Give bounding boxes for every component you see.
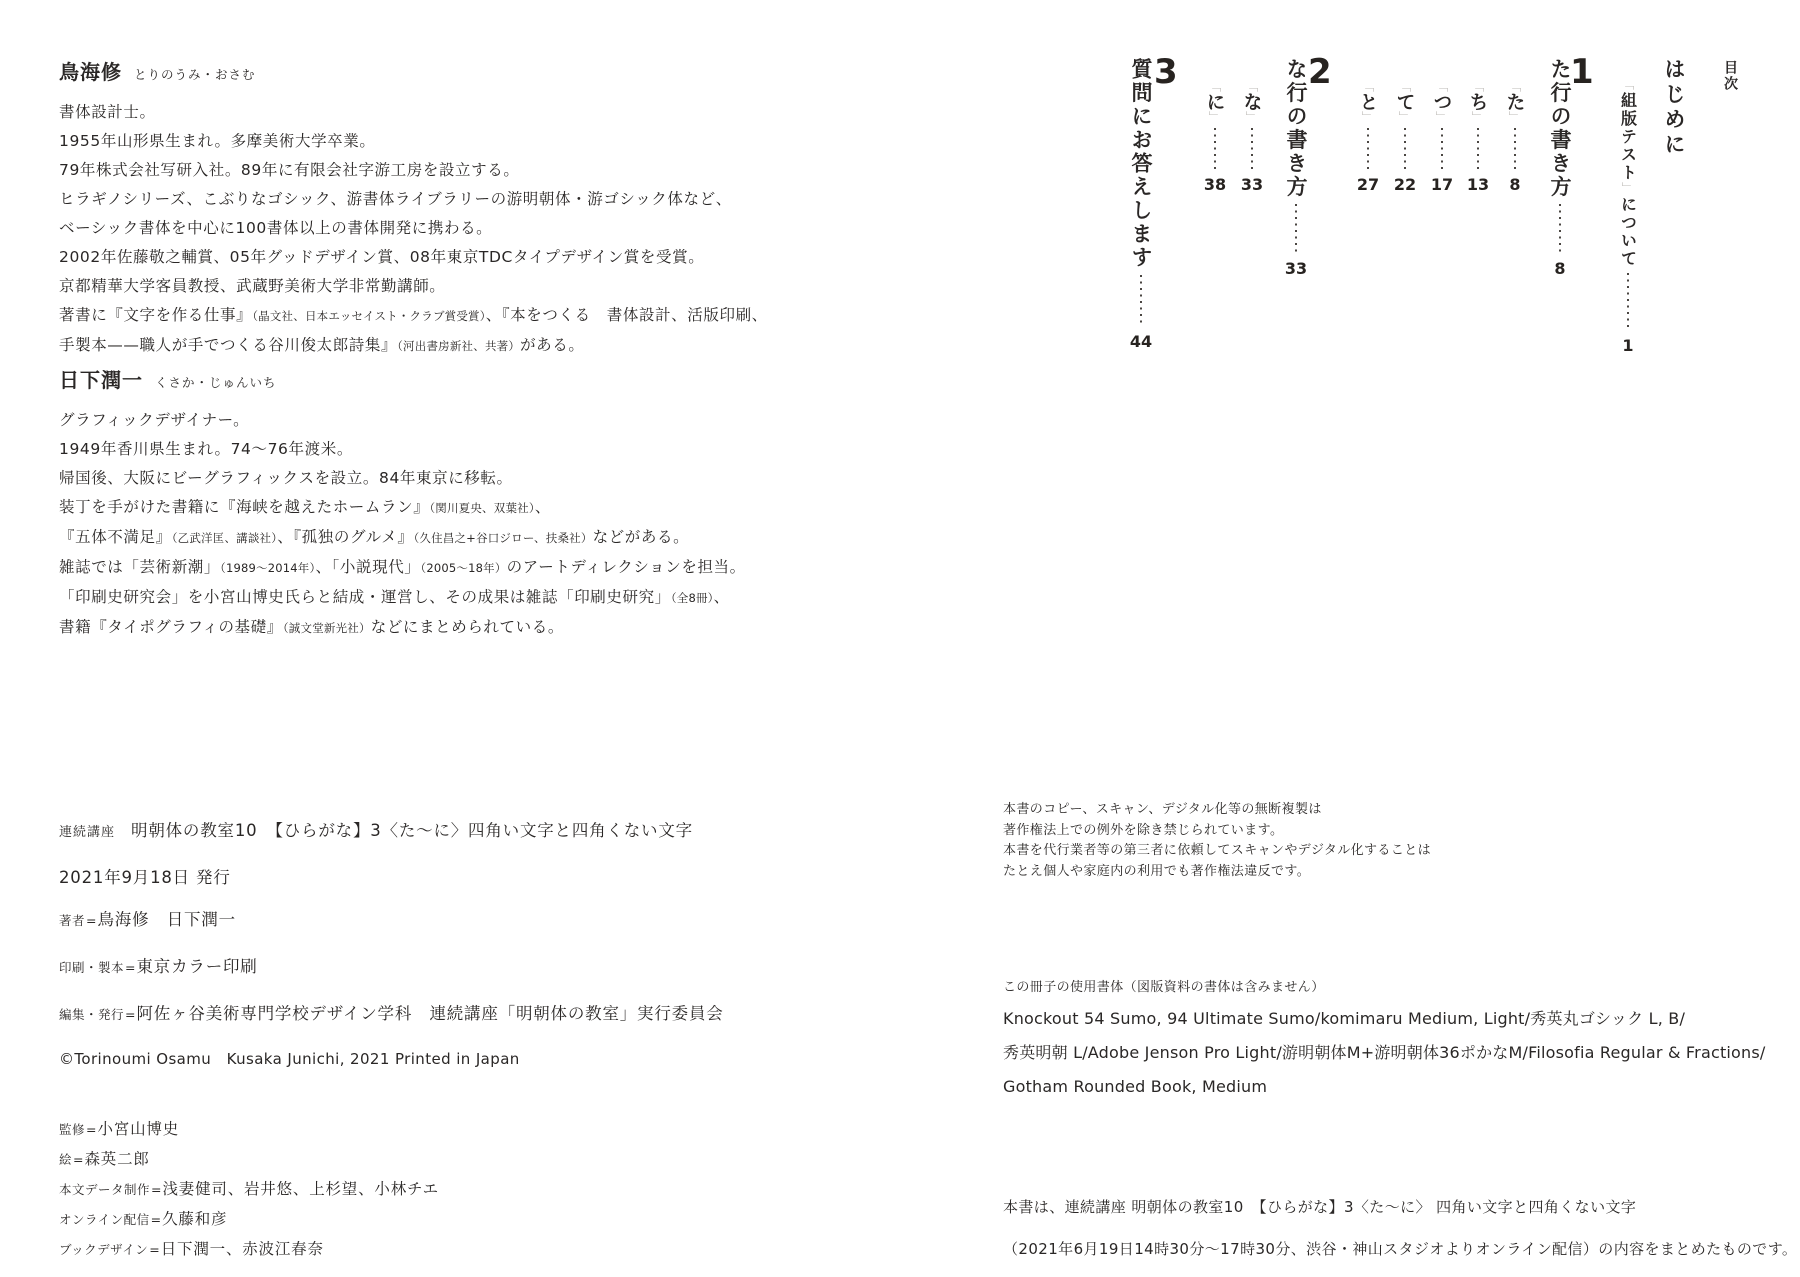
credit-label: 著者: [59, 913, 85, 928]
page-number: 13: [1467, 175, 1489, 194]
credit-value: 阿佐ヶ谷美術専門学校デザイン学科 連続講座「明朝体の教室」実行委員会: [137, 1004, 724, 1023]
credit-row: 監修=小宮山博史: [59, 1114, 439, 1144]
text-segment: （関川夏央、双葉社）: [429, 501, 535, 515]
credit-row: 印刷・製本=東京カラー印刷: [59, 955, 724, 980]
page-number: 22: [1394, 175, 1416, 194]
text-segment: 79年株式会社写研入社。89年に有限会社字游工房を設立する。: [59, 161, 519, 179]
quote-open: 「: [1361, 80, 1375, 92]
text-line: 「印刷史研究会」を小宮山博史氏らと結成・運営し、その成果は雑誌「印刷史研究」（全…: [59, 583, 746, 613]
credit-value: 森英二郎: [85, 1150, 150, 1168]
text-segment: がある。: [520, 336, 584, 354]
page-number: 8: [1554, 259, 1565, 278]
credit-separator: =: [86, 913, 96, 928]
credit-row: オンライン配信=久藤和彦: [59, 1204, 439, 1234]
text-segment: のアートディレクションを担当。: [507, 558, 746, 576]
bio-kusaka: 日下潤一くさか・じゅんいち グラフィックデザイナー。1949年香川県生まれ。74…: [59, 364, 746, 643]
text-segment: （久住昌之+谷口ジロー、扶桑社）: [413, 531, 592, 545]
copyright-line: ©Torinoumi Osamu Kusaka Junichi, 2021 Pr…: [59, 1048, 520, 1069]
book-title: 明朝体の教室10 【ひらがな】3〈た〜に〉四角い文字と四角くない文字: [131, 821, 693, 840]
dotted-leader: [1627, 273, 1629, 331]
text-segment: 書籍『タイポグラフィの基礎』: [59, 618, 283, 636]
text-segment: ベーシック書体を中心に100書体以上の書体開発に携わる。: [59, 219, 492, 237]
kana-entry: 「た」: [1502, 80, 1529, 123]
text-segment: 装丁を手がけた書籍に『海峡を越えたホームラン』: [59, 498, 429, 516]
text-segment: 著書に『文字を作る仕事』: [59, 306, 252, 324]
kana: な: [1241, 92, 1263, 111]
text-line: 著作権法上での例外を除き禁じられています。: [1003, 821, 1431, 842]
quote-open: 「: [1435, 80, 1449, 92]
toc-section-2: な行の書き方 33: [1274, 58, 1318, 278]
toc-item-ta: 「た」 8: [1497, 80, 1533, 194]
text-line: 『五体不満足』（乙武洋匡、講談社）、『孤独のグルメ』（久住昌之+谷口ジロー、扶桑…: [59, 523, 746, 553]
text-segment: 『五体不満足』: [59, 528, 172, 546]
toc-item-te: 「て」 22: [1387, 80, 1423, 194]
author-name-reading: とりのうみ・おさむ: [134, 67, 256, 82]
bio-text: グラフィックデザイナー。1949年香川県生まれ。74〜76年渡米。帰国後、大阪に…: [59, 406, 746, 643]
quote-close: 」: [1508, 111, 1522, 123]
text-segment: 帰国後、大阪にビーグラフィックスを設立。84年東京に移転。: [59, 469, 513, 487]
text-line: たとえ個人や家庭内の利用でも著作権法違反です。: [1003, 862, 1431, 883]
kana-entry: 「ち」: [1465, 80, 1492, 123]
text-segment: 、『本をつくる 書体設計、活版印刷、: [486, 306, 768, 324]
credit-separator: =: [151, 1182, 161, 1197]
dotted-leader: [1295, 204, 1297, 254]
page-number: 33: [1241, 175, 1263, 194]
credit-separator: =: [73, 1152, 83, 1167]
quote-close: 」: [1208, 111, 1222, 123]
page-number: 33: [1285, 259, 1307, 278]
toc-intro-rest: について: [1619, 196, 1638, 268]
credits-secondary: 監修=小宮山博史絵=森英二郎本文データ制作=浅妻健司、岩井悠、上杉望、小林チエオ…: [59, 1114, 439, 1264]
text-line: グラフィックデザイナー。: [59, 406, 746, 435]
author-name: 鳥海修: [59, 60, 122, 84]
kana: と: [1357, 92, 1379, 111]
text-segment: 書体設計士。: [59, 103, 156, 121]
text-segment: などがある。: [593, 528, 690, 546]
fonts-used-heading: この冊子の使用書体（図版資料の書体は含みません）: [1003, 976, 1325, 995]
toc-item-ni: 「に」 38: [1197, 80, 1233, 194]
toc-item-chi: 「ち」 13: [1460, 80, 1496, 194]
kana: て: [1394, 92, 1416, 111]
text-line: 1949年香川県生まれ。74〜76年渡米。: [59, 435, 746, 464]
credit-label: 本文データ制作: [59, 1182, 150, 1197]
kana: た: [1504, 92, 1526, 111]
text-segment: 1949年香川県生まれ。74〜76年渡米。: [59, 440, 353, 458]
dotted-leader: [1251, 128, 1253, 170]
author-name: 日下潤一: [59, 368, 143, 392]
toc-heading: 目次: [1720, 60, 1740, 92]
credits-primary: 著者=鳥海修 日下潤一印刷・製本=東京カラー印刷編集・発行=阿佐ヶ谷美術専門学校…: [59, 908, 724, 1049]
text-line: Knockout 54 Sumo, 94 Ultimate Sumo/komim…: [1003, 1002, 1766, 1036]
kana-entry: 「な」: [1239, 80, 1266, 123]
text-segment: 手製本——職人が手でつくる谷川俊太郎詩集』: [59, 336, 397, 354]
text-segment: （2005〜18年）: [420, 561, 506, 575]
text-segment: 、: [714, 588, 730, 606]
credit-separator: =: [149, 1242, 159, 1257]
credit-value: 東京カラー印刷: [137, 957, 258, 976]
text-segment: 、『孤独のグルメ』: [277, 528, 413, 546]
text-segment: （河出書房新社、共著）: [397, 339, 520, 353]
quote-open: 「: [1621, 78, 1635, 92]
quote-close: 」: [1621, 182, 1635, 196]
text-segment: グラフィックデザイナー。: [59, 411, 249, 429]
series-label: 連続講座: [59, 825, 115, 840]
toc-intro-entry: 「組版テスト」について 1: [1606, 78, 1650, 355]
text-line: 秀英明朝 L/Adobe Jenson Pro Light/游明朝体M+游明朝体…: [1003, 1036, 1766, 1070]
credit-row: 本文データ制作=浅妻健司、岩井悠、上杉望、小林チエ: [59, 1174, 439, 1204]
toc-intro-subtitle: 「組版テスト」について: [1617, 78, 1640, 268]
page-number: 44: [1130, 332, 1152, 351]
credit-label: ブックデザイン: [59, 1242, 148, 1257]
page-number: 1: [1622, 336, 1633, 355]
bio-title: 日下潤一くさか・じゅんいち: [59, 364, 746, 393]
text-line: ベーシック書体を中心に100書体以上の書体開発に携わる。: [59, 214, 768, 243]
dotted-leader: [1441, 128, 1443, 170]
credit-label: オンライン配信: [59, 1212, 150, 1227]
page-number: 38: [1204, 175, 1226, 194]
credit-value: 浅妻健司、岩井悠、上杉望、小林チエ: [163, 1180, 439, 1198]
quote-open: 「: [1245, 80, 1259, 92]
quote-open: 「: [1208, 80, 1222, 92]
toc-item-to: 「と」 27: [1350, 80, 1386, 194]
text-segment: などにまとめられている。: [371, 618, 564, 636]
kana: ち: [1467, 92, 1489, 111]
quote-close: 」: [1361, 111, 1375, 123]
dotted-leader: [1559, 204, 1561, 254]
credit-row: 絵=森英二郎: [59, 1144, 439, 1174]
quote-close: 」: [1435, 111, 1449, 123]
credit-value: 日下潤一、赤波江春奈: [161, 1240, 324, 1258]
toc-intro-label: はじめに: [1659, 58, 1689, 158]
quote-open: 「: [1398, 80, 1412, 92]
text-line: 本書のコピー、スキャン、デジタル化等の無断複製は: [1003, 800, 1431, 821]
quote-close: 」: [1245, 111, 1259, 123]
quote-open: 「: [1508, 80, 1522, 92]
credit-value: 久藤和彦: [162, 1210, 227, 1228]
credit-separator: =: [151, 1212, 161, 1227]
bio-text: 書体設計士。1955年山形県生まれ。多摩美術大学卒業。79年株式会社写研入社。8…: [59, 98, 768, 361]
text-line: （2021年6月19日14時30分〜17時30分、渋谷・神山スタジオよりオンライ…: [1003, 1228, 1797, 1270]
page-number: 8: [1509, 175, 1520, 194]
text-line: 2002年佐藤敬之輔賞、05年グッドデザイン賞、08年東京TDCタイプデザイン賞…: [59, 243, 768, 272]
toc-item-tsu: 「つ」 17: [1424, 80, 1460, 194]
quote-close: 」: [1471, 111, 1485, 123]
reproduction-notice: 本書のコピー、スキャン、デジタル化等の無断複製は著作権法上での例外を除き禁じられ…: [1003, 800, 1431, 882]
text-line: 装丁を手がけた書籍に『海峡を越えたホームラン』（関川夏央、双葉社）、: [59, 493, 746, 523]
kana: つ: [1431, 92, 1453, 111]
text-segment: （乙武洋匡、講談社）: [172, 531, 278, 545]
text-line: 手製本——職人が手でつくる谷川俊太郎詩集』（河出書房新社、共著）がある。: [59, 331, 768, 361]
text-segment: （晶文社、日本エッセイスト・クラブ賞受賞）: [252, 309, 486, 323]
page-number: 27: [1357, 175, 1379, 194]
text-segment: 1955年山形県生まれ。多摩美術大学卒業。: [59, 132, 375, 150]
toc-intro-label-column: はじめに: [1652, 58, 1696, 158]
publication-date: 2021年9月18日 発行: [59, 864, 231, 888]
dotted-leader: [1514, 128, 1516, 170]
fonts-used-list: Knockout 54 Sumo, 94 Ultimate Sumo/komim…: [1003, 1002, 1766, 1104]
credit-separator: =: [86, 1122, 96, 1137]
credit-row: 著者=鳥海修 日下潤一: [59, 908, 724, 933]
dotted-leader: [1214, 128, 1216, 170]
bio-torinoumi: 鳥海修とりのうみ・おさむ 書体設計士。1955年山形県生まれ。多摩美術大学卒業。…: [59, 56, 768, 361]
toc-intro-quoted: 組版テスト: [1619, 92, 1638, 182]
author-name-reading: くさか・じゅんいち: [155, 375, 277, 390]
about-this-book: 本書は、連続講座 明朝体の教室10 【ひらがな】3〈た〜に〉 四角い文字と四角く…: [1003, 1186, 1797, 1270]
text-segment: （1989〜2014年）: [220, 561, 315, 575]
credit-row: ブックデザイン=日下潤一、赤波江春奈: [59, 1234, 439, 1264]
quote-open: 「: [1471, 80, 1485, 92]
text-line: 著書に『文字を作る仕事』（晶文社、日本エッセイスト・クラブ賞受賞）、『本をつくる…: [59, 301, 768, 331]
credit-label: 監修: [59, 1122, 85, 1137]
section-title: な行の書き方: [1281, 58, 1311, 199]
kana-entry: 「つ」: [1429, 80, 1456, 123]
credit-label: 絵: [59, 1152, 72, 1167]
text-line: 雑誌では「芸術新潮」（1989〜2014年）、「小説現代」（2005〜18年）の…: [59, 553, 746, 583]
text-line: ヒラギノシリーズ、こぶりなゴシック、游書体ライブラリーの游明朝体・游ゴシック体な…: [59, 185, 768, 214]
toc-section-3: 質問にお答えします 44: [1119, 58, 1163, 351]
text-line: 1955年山形県生まれ。多摩美術大学卒業。: [59, 127, 768, 156]
page-number: 17: [1431, 175, 1453, 194]
credit-separator: =: [125, 960, 135, 975]
quote-close: 」: [1398, 111, 1412, 123]
text-segment: （全8冊）: [671, 591, 714, 605]
text-segment: 雑誌では「芸術新潮」: [59, 558, 220, 576]
text-segment: ヒラギノシリーズ、こぶりなゴシック、游書体ライブラリーの游明朝体・游ゴシック体な…: [59, 190, 732, 208]
kana-entry: 「と」: [1355, 80, 1382, 123]
text-segment: 、「小説現代」: [315, 558, 420, 576]
text-line: 京都精華大学客員教授、武蔵野美術大学非常勤講師。: [59, 272, 768, 301]
credit-value: 小宮山博史: [98, 1120, 180, 1138]
text-line: 79年株式会社写研入社。89年に有限会社字游工房を設立する。: [59, 156, 768, 185]
credit-value: 鳥海修 日下潤一: [98, 910, 236, 929]
bio-title: 鳥海修とりのうみ・おさむ: [59, 56, 768, 85]
text-segment: （誠文堂新光社）: [283, 621, 371, 635]
credit-row: 編集・発行=阿佐ヶ谷美術専門学校デザイン学科 連続講座「明朝体の教室」実行委員会: [59, 1002, 724, 1027]
section-title: 質問にお答えします: [1126, 58, 1156, 270]
credit-label: 印刷・製本: [59, 960, 124, 975]
text-segment: 、: [535, 498, 551, 516]
toc-section-1: た行の書き方 8: [1538, 58, 1582, 278]
text-line: 本書を代行業者等の第三者に依頼してスキャンやデジタル化することは: [1003, 841, 1431, 862]
dotted-leader: [1404, 128, 1406, 170]
credit-label: 編集・発行: [59, 1007, 124, 1022]
dotted-leader: [1367, 128, 1369, 170]
text-line: 本書は、連続講座 明朝体の教室10 【ひらがな】3〈た〜に〉 四角い文字と四角く…: [1003, 1186, 1797, 1228]
text-line: 帰国後、大阪にビーグラフィックスを設立。84年東京に移転。: [59, 464, 746, 493]
text-line: 書籍『タイポグラフィの基礎』（誠文堂新光社）などにまとめられている。: [59, 613, 746, 643]
dotted-leader: [1140, 275, 1142, 327]
kana-entry: 「て」: [1392, 80, 1419, 123]
text-segment: 2002年佐藤敬之輔賞、05年グッドデザイン賞、08年東京TDCタイプデザイン賞…: [59, 248, 704, 266]
book-spread: 鳥海修とりのうみ・おさむ 書体設計士。1955年山形県生まれ。多摩美術大学卒業。…: [0, 0, 1800, 1277]
toc-item-na: 「な」 33: [1234, 80, 1270, 194]
section-title: た行の書き方: [1545, 58, 1575, 199]
text-line: Gotham Rounded Book, Medium: [1003, 1070, 1766, 1104]
series-title-row: 連続講座明朝体の教室10 【ひらがな】3〈た〜に〉四角い文字と四角くない文字: [59, 817, 693, 841]
text-segment: 京都精華大学客員教授、武蔵野美術大学非常勤講師。: [59, 277, 445, 295]
kana-entry: 「に」: [1202, 80, 1229, 123]
text-line: 書体設計士。: [59, 98, 768, 127]
text-segment: 「印刷史研究会」を小宮山博史氏らと結成・運営し、その成果は雑誌「印刷史研究」: [59, 588, 671, 606]
credit-separator: =: [125, 1007, 135, 1022]
kana: に: [1204, 92, 1226, 111]
dotted-leader: [1477, 128, 1479, 170]
